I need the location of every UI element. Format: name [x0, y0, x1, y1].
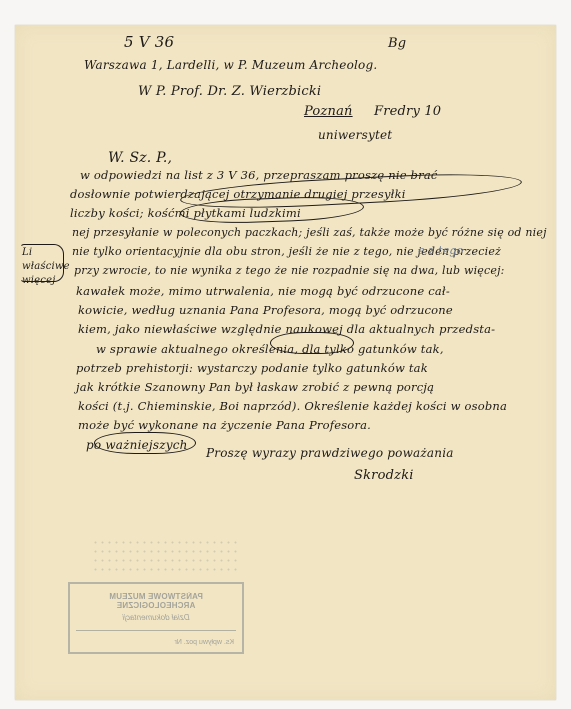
salutation: W. Sz. P.,	[108, 150, 172, 166]
stamp-rule	[76, 630, 236, 631]
circled-phrase-4	[94, 432, 196, 454]
circled-phrase-3	[270, 332, 354, 354]
stamp-department: Dział dokumentacji	[70, 613, 242, 622]
recipient-city: Poznań	[304, 104, 353, 119]
sender-line: Warszawa 1, Lardelli, w P. Muzeum Archeo…	[84, 58, 377, 72]
body-line-13: kości (t.j. Chieminskie, Boi naprzód). O…	[78, 399, 507, 413]
margin-note: Li właściwe więcej	[22, 246, 62, 288]
body-line-6: przy zwrocie, to nie wynika z tego że ni…	[74, 264, 505, 277]
body-line-8: kowicie, według uznania Pana Profesora, …	[78, 303, 453, 317]
recipient-line: W P. Prof. Dr. Z. Wierzbicki	[138, 84, 321, 99]
body-line-7: kawałek może, mimo utrwalenia, nie mogą …	[76, 284, 450, 298]
signature: Skrodzki	[354, 468, 414, 483]
recipient-institution: uniwersytet	[318, 128, 392, 142]
recipient-street: Fredry 10	[374, 104, 441, 119]
faint-offset-marks	[92, 538, 240, 576]
body-line-11: potrzeb prehistorji: wystarczy podanie t…	[76, 361, 428, 375]
pencil-annotation: e z tego	[418, 244, 464, 257]
body-line-14: może być wykonane na życzenie Pana Profe…	[78, 418, 371, 432]
closing: Proszę wyrazy prawdziwego poważania	[206, 446, 454, 460]
stamp-entry-number: Ks. wpływu poz. Nr	[70, 639, 242, 646]
letter-date: 5 V 36	[124, 33, 174, 51]
archive-stamp: PAŃSTWOWE MUZEUM ARCHEOLOGICZNE Dział do…	[68, 582, 244, 654]
stamp-institution: PAŃSTWOWE MUZEUM ARCHEOLOGICZNE	[70, 592, 242, 610]
body-line-12: jak krótkie Szanowny Pan był łaskaw zrob…	[76, 380, 434, 394]
body-line-4: nej przesyłanie w poleconych paczkach; j…	[72, 226, 547, 239]
file-mark: Bg	[388, 36, 406, 51]
